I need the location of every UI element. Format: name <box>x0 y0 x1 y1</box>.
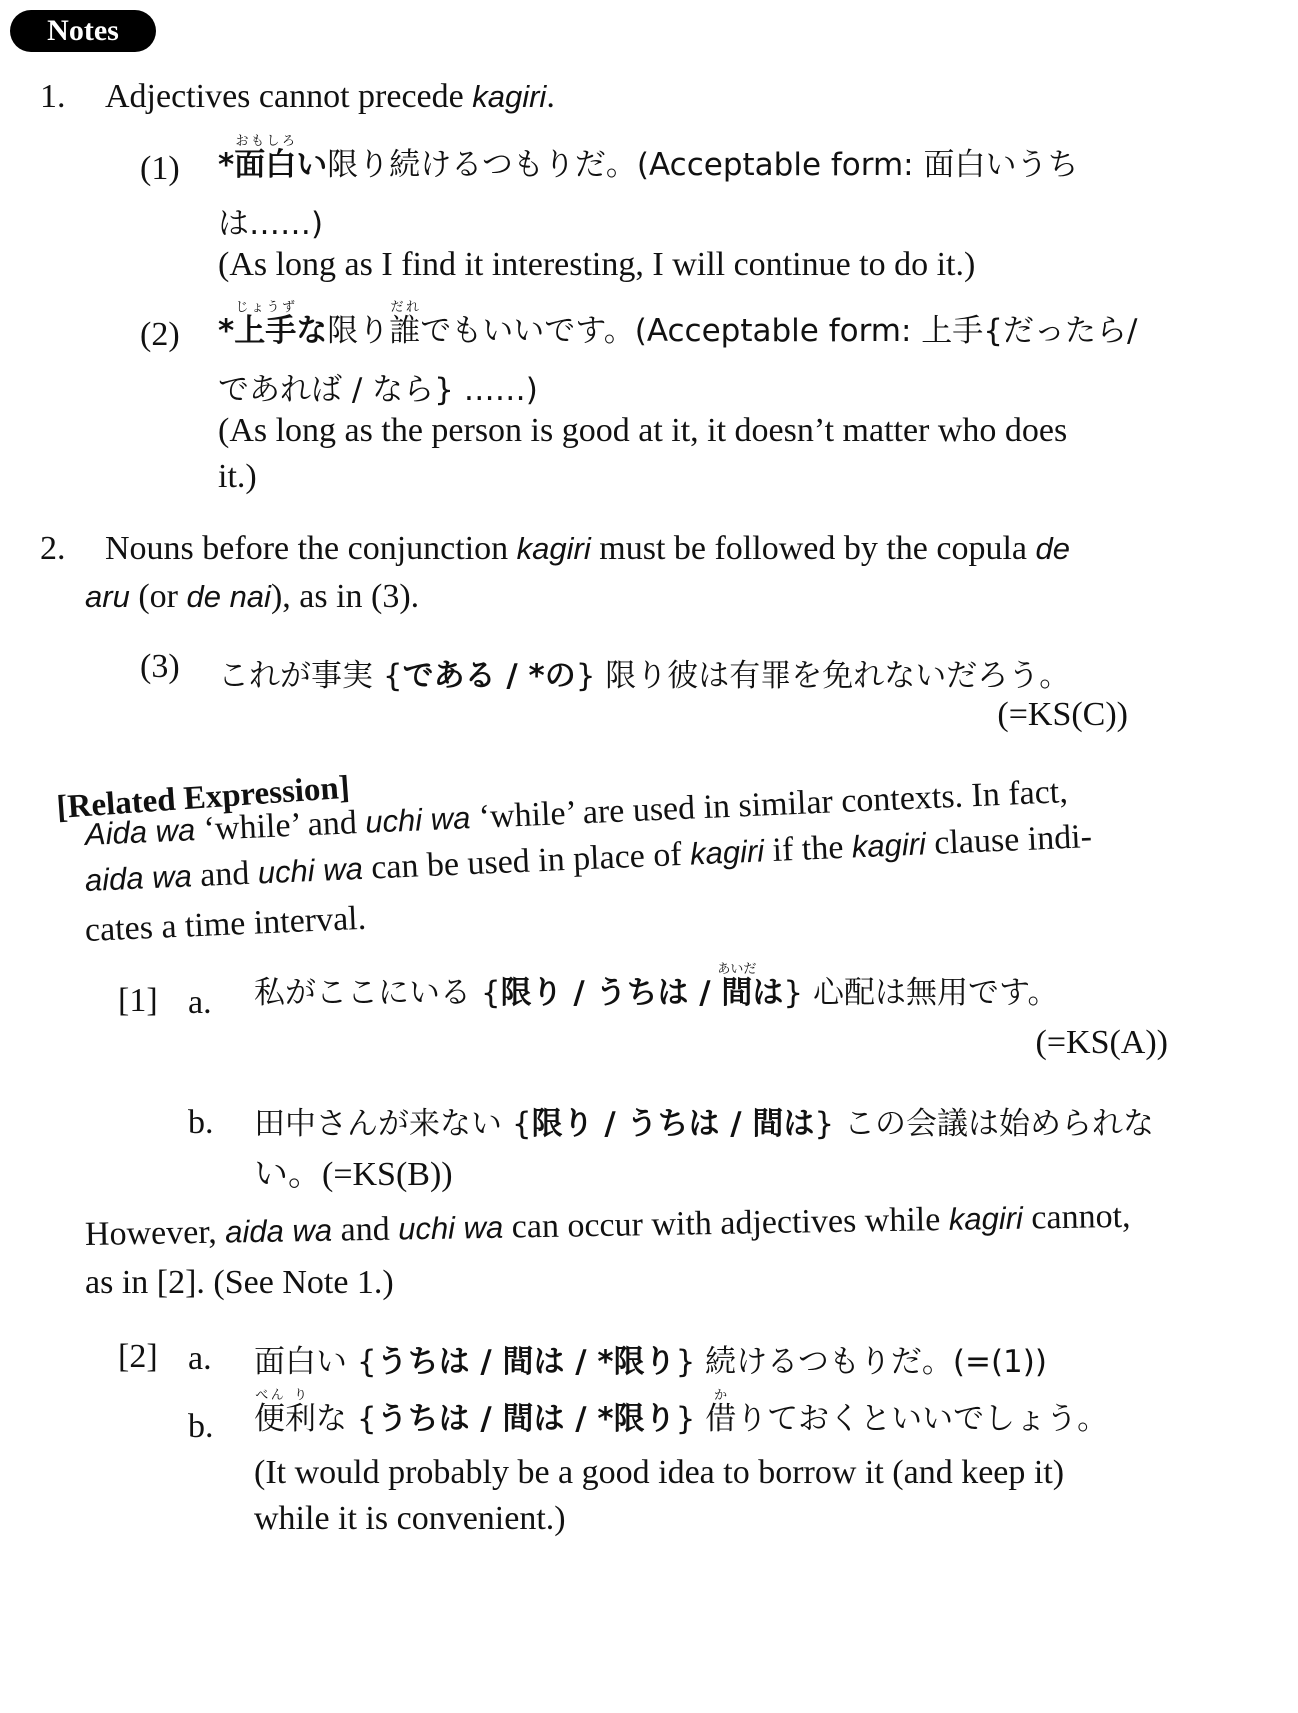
furigana: だれ <box>389 300 420 315</box>
ungrammatical-star: * <box>218 313 234 349</box>
text: (or <box>130 578 187 615</box>
text: cannot, <box>1023 1198 1131 1237</box>
term-kagiri: kagiri <box>948 1201 1023 1237</box>
example-2-tail: な <box>296 313 327 349</box>
text: } 心配は無用です。 <box>783 975 1058 1011</box>
text: can occur with adjectives while <box>503 1201 949 1246</box>
example-1-rest: 限り続けるつもりだ。(Acceptable form: 面白いうち <box>327 147 1078 183</box>
text: } 限り彼は有罪を免れないだろう。 <box>576 658 1071 694</box>
text: 面白い { <box>254 1344 377 1380</box>
example-2-kanji-2: 誰 <box>389 313 420 349</box>
term-aida-wa: aida wa <box>84 858 192 898</box>
term-uchi-wa: uchi wa <box>257 851 364 891</box>
text: if the <box>763 829 852 870</box>
text: must be followed by the copula <box>591 530 1036 567</box>
text: ‘while’ and <box>194 804 366 848</box>
group-2a-letter: a. <box>188 1340 212 1378</box>
term-aida-wa: Aida wa <box>84 812 196 852</box>
example-1-tail: い <box>296 147 327 183</box>
highlighted-options: 限り / うちは / <box>501 975 722 1011</box>
text: and <box>332 1211 399 1249</box>
example-1-line2: は……) <box>218 198 323 243</box>
example-1-label: (1) <box>140 150 180 188</box>
term-uchi-wa: uchi wa <box>398 1210 504 1247</box>
text: 私がここにいる { <box>254 975 501 1011</box>
text: な { <box>316 1401 377 1437</box>
text: これが事実 { <box>218 658 403 694</box>
highlighted-options: は <box>752 975 783 1011</box>
example-3-ref: (=KS(C)) <box>997 696 1128 734</box>
text: } 続けるつもりだ。(=(1)) <box>676 1344 1047 1380</box>
group-1b-letter: b. <box>188 1104 214 1142</box>
related-para2-line1: However, aida wa and uchi wa can occur w… <box>85 1198 1131 1254</box>
kanji-ka: 借 <box>705 1401 736 1437</box>
text: However, <box>85 1214 226 1253</box>
example-1-translation: (As long as I find it interesting, I wil… <box>218 246 975 284</box>
example-2-translation-1: (As long as the person is good at it, it… <box>218 412 1067 450</box>
text: clause indi- <box>925 818 1093 862</box>
kanji-ben: 便 <box>254 1401 285 1437</box>
term-de: de <box>1036 531 1070 566</box>
highlighted-options: うちは / 間は / *限り <box>377 1401 676 1437</box>
term-kagiri: kagiri <box>472 79 546 114</box>
example-1-sentence: *面白おもしろい限り続けるつもりだ。(Acceptable form: 面白いう… <box>218 134 1078 184</box>
group-2a-sentence: 面白い {うちは / 間は / *限り} 続けるつもりだ。(=(1)) <box>254 1336 1047 1381</box>
text: 田中さんが来ない { <box>254 1106 532 1142</box>
highlighted-options: 限り / うちは / 間は <box>532 1106 815 1142</box>
example-2-rest: でもいいです。(Acceptable form: 上手{だったら/ <box>420 313 1137 349</box>
highlighted-options: うちは / 間は / *限り <box>377 1344 676 1380</box>
group-1a-letter: a. <box>188 984 212 1022</box>
group-2b-letter: b. <box>188 1408 214 1446</box>
group-2b-sentence: 便べん利りな {うちは / 間は / *限り} 借かりておくといいでしょう。 <box>254 1388 1108 1438</box>
furigana: じょうず <box>234 300 296 315</box>
kanji-aida: 間 <box>717 975 756 1011</box>
term-kagiri: kagiri <box>517 531 591 566</box>
text: can be used in place of <box>362 836 691 887</box>
example-2-kanji: 上手 <box>234 313 296 349</box>
group-1b-line2: い。(=KS(B)) <box>254 1146 453 1195</box>
example-3-label: (3) <box>140 648 180 686</box>
term-kagiri: kagiri <box>851 826 927 864</box>
term-kagiri: kagiri <box>689 833 765 871</box>
note-1-text-a: Adjectives cannot precede <box>105 78 472 115</box>
term-aida-wa: aida wa <box>225 1213 332 1250</box>
note-1-number: 1. <box>40 78 66 116</box>
group-1a-sentence: 私がここにいる {限り / うちは / 間あいだは} 心配は無用です。 <box>254 962 1059 1012</box>
furigana: か <box>705 1388 736 1403</box>
related-para1-line3: cates a time interval. <box>84 900 367 950</box>
note-2-line1: Nouns before the conjunction kagiri must… <box>105 530 1070 568</box>
term-uchi-wa: uchi wa <box>364 800 471 840</box>
note-1-text-c: . <box>546 78 555 115</box>
example-2-sentence: *上手じょうずな限り誰だれでもいいです。(Acceptable form: 上手… <box>218 300 1137 350</box>
note-2-line2: aru (or de nai), as in (3). <box>85 578 419 616</box>
text: } <box>676 1401 706 1437</box>
example-3-sentence: これが事実 {である / *の} 限り彼は有罪を免れないだろう。 <box>218 650 1070 695</box>
furigana: あいだ <box>717 962 756 977</box>
example-2-translation-2: it.) <box>218 458 257 496</box>
term-de-nai: de nai <box>186 579 270 614</box>
text: } この会議は始められな <box>814 1106 1154 1142</box>
furigana: おもしろ <box>234 134 296 149</box>
related-para2-line2: as in [2]. (See Note 1.) <box>85 1264 394 1302</box>
group-2b-translation-1: (It would probably be a good idea to bor… <box>254 1454 1064 1492</box>
term-aru: aru <box>85 579 130 614</box>
group-1-label: [1] <box>118 982 158 1020</box>
group-2-label: [2] <box>118 1338 158 1376</box>
group-1b-sentence: 田中さんが来ない {限り / うちは / 間は} この会議は始められな <box>254 1098 1154 1143</box>
text: ), as in (3). <box>271 578 419 615</box>
furigana: べん <box>254 1388 285 1403</box>
highlighted-options: である / *の <box>403 658 576 694</box>
text: りておくといいでしょう。 <box>736 1401 1108 1437</box>
example-2-mid: 限り <box>327 313 389 349</box>
example-1-kanji: 面白 <box>234 147 296 183</box>
text: Nouns before the conjunction <box>105 530 517 567</box>
ungrammatical-star: * <box>218 147 234 183</box>
furigana: り <box>285 1388 316 1403</box>
note-1-text: Adjectives cannot precede kagiri. <box>105 78 555 116</box>
notes-badge: Notes <box>10 10 156 52</box>
group-1a-ref: (=KS(A)) <box>1036 1024 1168 1062</box>
example-2-line2: であれば / なら} ……) <box>218 364 538 409</box>
text: and <box>191 854 259 894</box>
note-2-number: 2. <box>40 530 66 568</box>
kanji-ri: 利 <box>285 1401 316 1437</box>
example-2-label: (2) <box>140 316 180 354</box>
group-2b-translation-2: while it is convenient.) <box>254 1500 566 1538</box>
